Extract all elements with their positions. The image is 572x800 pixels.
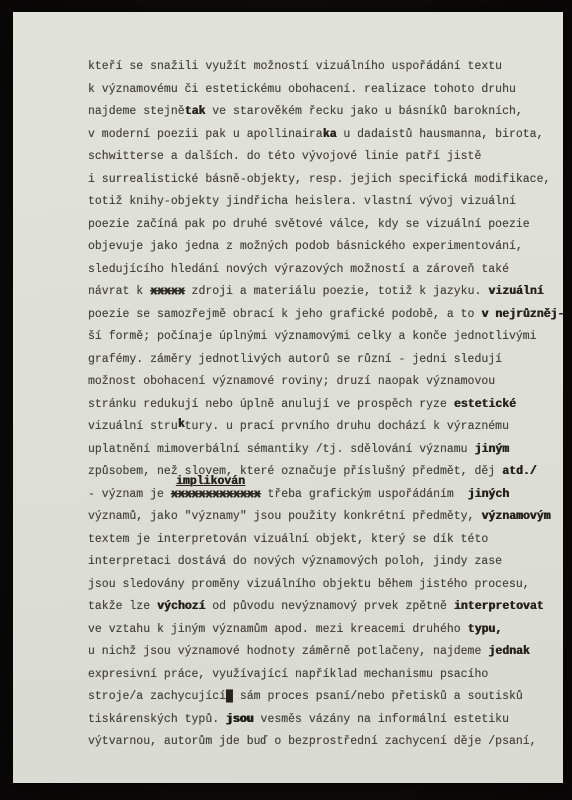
text-segment: expresivní práce, využívající například … xyxy=(88,668,488,681)
text-segment: xxxxxxxxxxxxximplikován xyxy=(171,488,261,501)
text-line: způsobem, než slovem, které označuje pří… xyxy=(88,461,558,484)
text-segment: objevuje jako jedna z možných podob básn… xyxy=(88,240,523,253)
text-segment: k xyxy=(178,418,185,431)
text-segment: interpretovat xyxy=(454,600,544,613)
text-segment: třeba grafickým uspořádáním xyxy=(261,488,468,501)
text-line: poezie začíná pak po druhé světové válce… xyxy=(88,214,558,237)
text-line: ve vztahu k jiným významům apod. mezi kr… xyxy=(88,619,558,642)
text-segment: v nejrůzněj- xyxy=(481,308,564,321)
photo-background: kteří se snažili využít možností vizuáln… xyxy=(0,0,572,800)
text-segment: █ xyxy=(226,690,233,703)
text-line: k významovému či estetickému obohacení. … xyxy=(88,79,558,102)
text-segment: najdeme stejně xyxy=(88,105,185,118)
text-segment: ve starověkém řecku jako u básníků barok… xyxy=(205,105,522,118)
text-line: uplatnění mimoverbální sémantiky /tj. sd… xyxy=(88,439,558,462)
typewritten-text: kteří se snažili využít možností vizuáln… xyxy=(88,56,558,754)
text-line: totiž knihy-objekty jindřicha heislera. … xyxy=(88,191,558,214)
text-segment: zdroji a materiálu poezie, totiž k jazyk… xyxy=(185,285,489,298)
text-segment: způsobem, než slovem, které označuje pří… xyxy=(88,465,502,478)
text-line: textem je interpretován vizuální objekt,… xyxy=(88,529,558,552)
text-line: takže lze výchozí od původu nevýznamový … xyxy=(88,596,558,619)
text-line: výtvarnou, autorům jde buď o bezprostřed… xyxy=(88,731,558,754)
text-line: - význam je xxxxxxxxxxxxximplikován třeb… xyxy=(88,484,558,507)
text-segment: sledujícího hledání nových výrazových mo… xyxy=(88,263,509,276)
text-segment: estetické xyxy=(454,398,516,411)
text-segment: - význam je xyxy=(88,488,171,501)
text-segment: u nichž jsou významové hodnoty záměrně p… xyxy=(88,645,488,658)
text-segment: i surrealistické básně-objekty, resp. je… xyxy=(88,173,550,186)
text-segment: vizuální xyxy=(488,285,543,298)
text-segment: poezie začíná pak po druhé světové válce… xyxy=(88,218,530,231)
text-segment: ší formě; počínaje úplnými významovými c… xyxy=(88,330,537,343)
text-segment: ve vztahu k jiným významům apod. mezi kr… xyxy=(88,623,468,636)
text-line: interpretaci dostává do nových významový… xyxy=(88,551,558,574)
text-segment: jiných xyxy=(468,488,509,501)
text-segment: tak xyxy=(185,105,206,118)
text-segment: takže lze xyxy=(88,600,157,613)
text-segment: interpretaci dostává do nových významový… xyxy=(88,555,502,568)
text-line: poezie se samozřejmě obrací k jeho grafi… xyxy=(88,304,558,327)
text-segment: výchozí xyxy=(157,600,205,613)
text-segment: jsou xyxy=(226,713,254,726)
text-line: návrat k xxxxx zdroji a materiálu poezie… xyxy=(88,281,558,304)
text-segment: návrat k xyxy=(88,285,150,298)
text-segment: ka xyxy=(323,128,337,141)
text-segment: významovým xyxy=(481,510,550,523)
text-segment: možnost obohacení významové roviny; druz… xyxy=(88,375,495,388)
text-line: ší formě; počínaje úplnými významovými c… xyxy=(88,326,558,349)
text-segment: v moderní poezii pak u apollinaira xyxy=(88,128,323,141)
text-line: v moderní poezii pak u apollinairaka u d… xyxy=(88,124,558,147)
inserted-correction: implikován xyxy=(176,476,245,488)
text-segment: významů, jako "významy" jsou použity kon… xyxy=(88,510,481,523)
text-line: stránku redukují nebo úplně anulují ve p… xyxy=(88,394,558,417)
text-segment: tiskárenských typů. xyxy=(88,713,226,726)
text-segment: atd./ xyxy=(502,465,537,478)
text-line: možnost obohacení významové roviny; druz… xyxy=(88,371,558,394)
paper-page: kteří se snažili využít možností vizuáln… xyxy=(13,12,563,783)
text-segment: stroje/a zachycující xyxy=(88,690,226,703)
text-segment: poezie se samozřejmě obrací k jeho grafi… xyxy=(88,308,481,321)
text-segment: stránku redukují nebo úplně anulují ve p… xyxy=(88,398,454,411)
text-segment: u dadaistů hausmanna, birota, xyxy=(336,128,543,141)
text-segment: xxxxx xyxy=(150,285,185,298)
text-line: expresivní práce, využívající například … xyxy=(88,664,558,687)
text-line: u nichž jsou významové hodnoty záměrně p… xyxy=(88,641,558,664)
text-segment: výtvarnou, autorům jde buď o bezprostřed… xyxy=(88,735,537,748)
text-segment: typu, xyxy=(468,623,503,636)
text-segment: vizuální stru xyxy=(88,420,178,433)
text-segment: uplatnění mimoverbální sémantiky /tj. sd… xyxy=(88,443,474,456)
text-line: objevuje jako jedna z možných podob básn… xyxy=(88,236,558,259)
text-line: jsou sledovány proměny vizuálního objekt… xyxy=(88,574,558,597)
text-segment: od původu nevýznamový prvek zpětně xyxy=(205,600,453,613)
text-segment: sám proces psaní/nebo přetisků a soutisk… xyxy=(233,690,523,703)
text-line: schwitterse a dalších. do této vývojové … xyxy=(88,146,558,169)
text-line: vizuální struktury. u prací prvního druh… xyxy=(88,416,558,439)
text-line: významů, jako "významy" jsou použity kon… xyxy=(88,506,558,529)
text-segment: jednak xyxy=(488,645,529,658)
text-segment: totiž knihy-objekty jindřicha heislera. … xyxy=(88,195,516,208)
text-segment: grafémy. záměry jednotlivých autorů se r… xyxy=(88,353,502,366)
text-segment: k významovému či estetickému obohacení. … xyxy=(88,83,516,96)
text-segment: kteří se snažili využít možností vizuáln… xyxy=(88,60,502,73)
text-line: kteří se snažili využít možností vizuáln… xyxy=(88,56,558,79)
text-line: stroje/a zachycující█ sám proces psaní/n… xyxy=(88,686,558,709)
text-line: i surrealistické básně-objekty, resp. je… xyxy=(88,169,558,192)
text-line: tiskárenských typů. jsou vesměs vázány n… xyxy=(88,709,558,732)
text-line: najdeme stejnětak ve starověkém řecku ja… xyxy=(88,101,558,124)
text-segment: jsou sledovány proměny vizuálního objekt… xyxy=(88,578,530,591)
text-segment: textem je interpretován vizuální objekt,… xyxy=(88,533,488,546)
text-segment: jiným xyxy=(474,443,509,456)
text-line: sledujícího hledání nových výrazových mo… xyxy=(88,259,558,282)
text-segment: tury. u prací prvního druhu dochází k vý… xyxy=(185,420,509,433)
text-segment: vesměs vázány na informální estetiku xyxy=(254,713,509,726)
text-segment: schwitterse a dalších. do této vývojové … xyxy=(88,150,481,163)
text-line: grafémy. záměry jednotlivých autorů se r… xyxy=(88,349,558,372)
